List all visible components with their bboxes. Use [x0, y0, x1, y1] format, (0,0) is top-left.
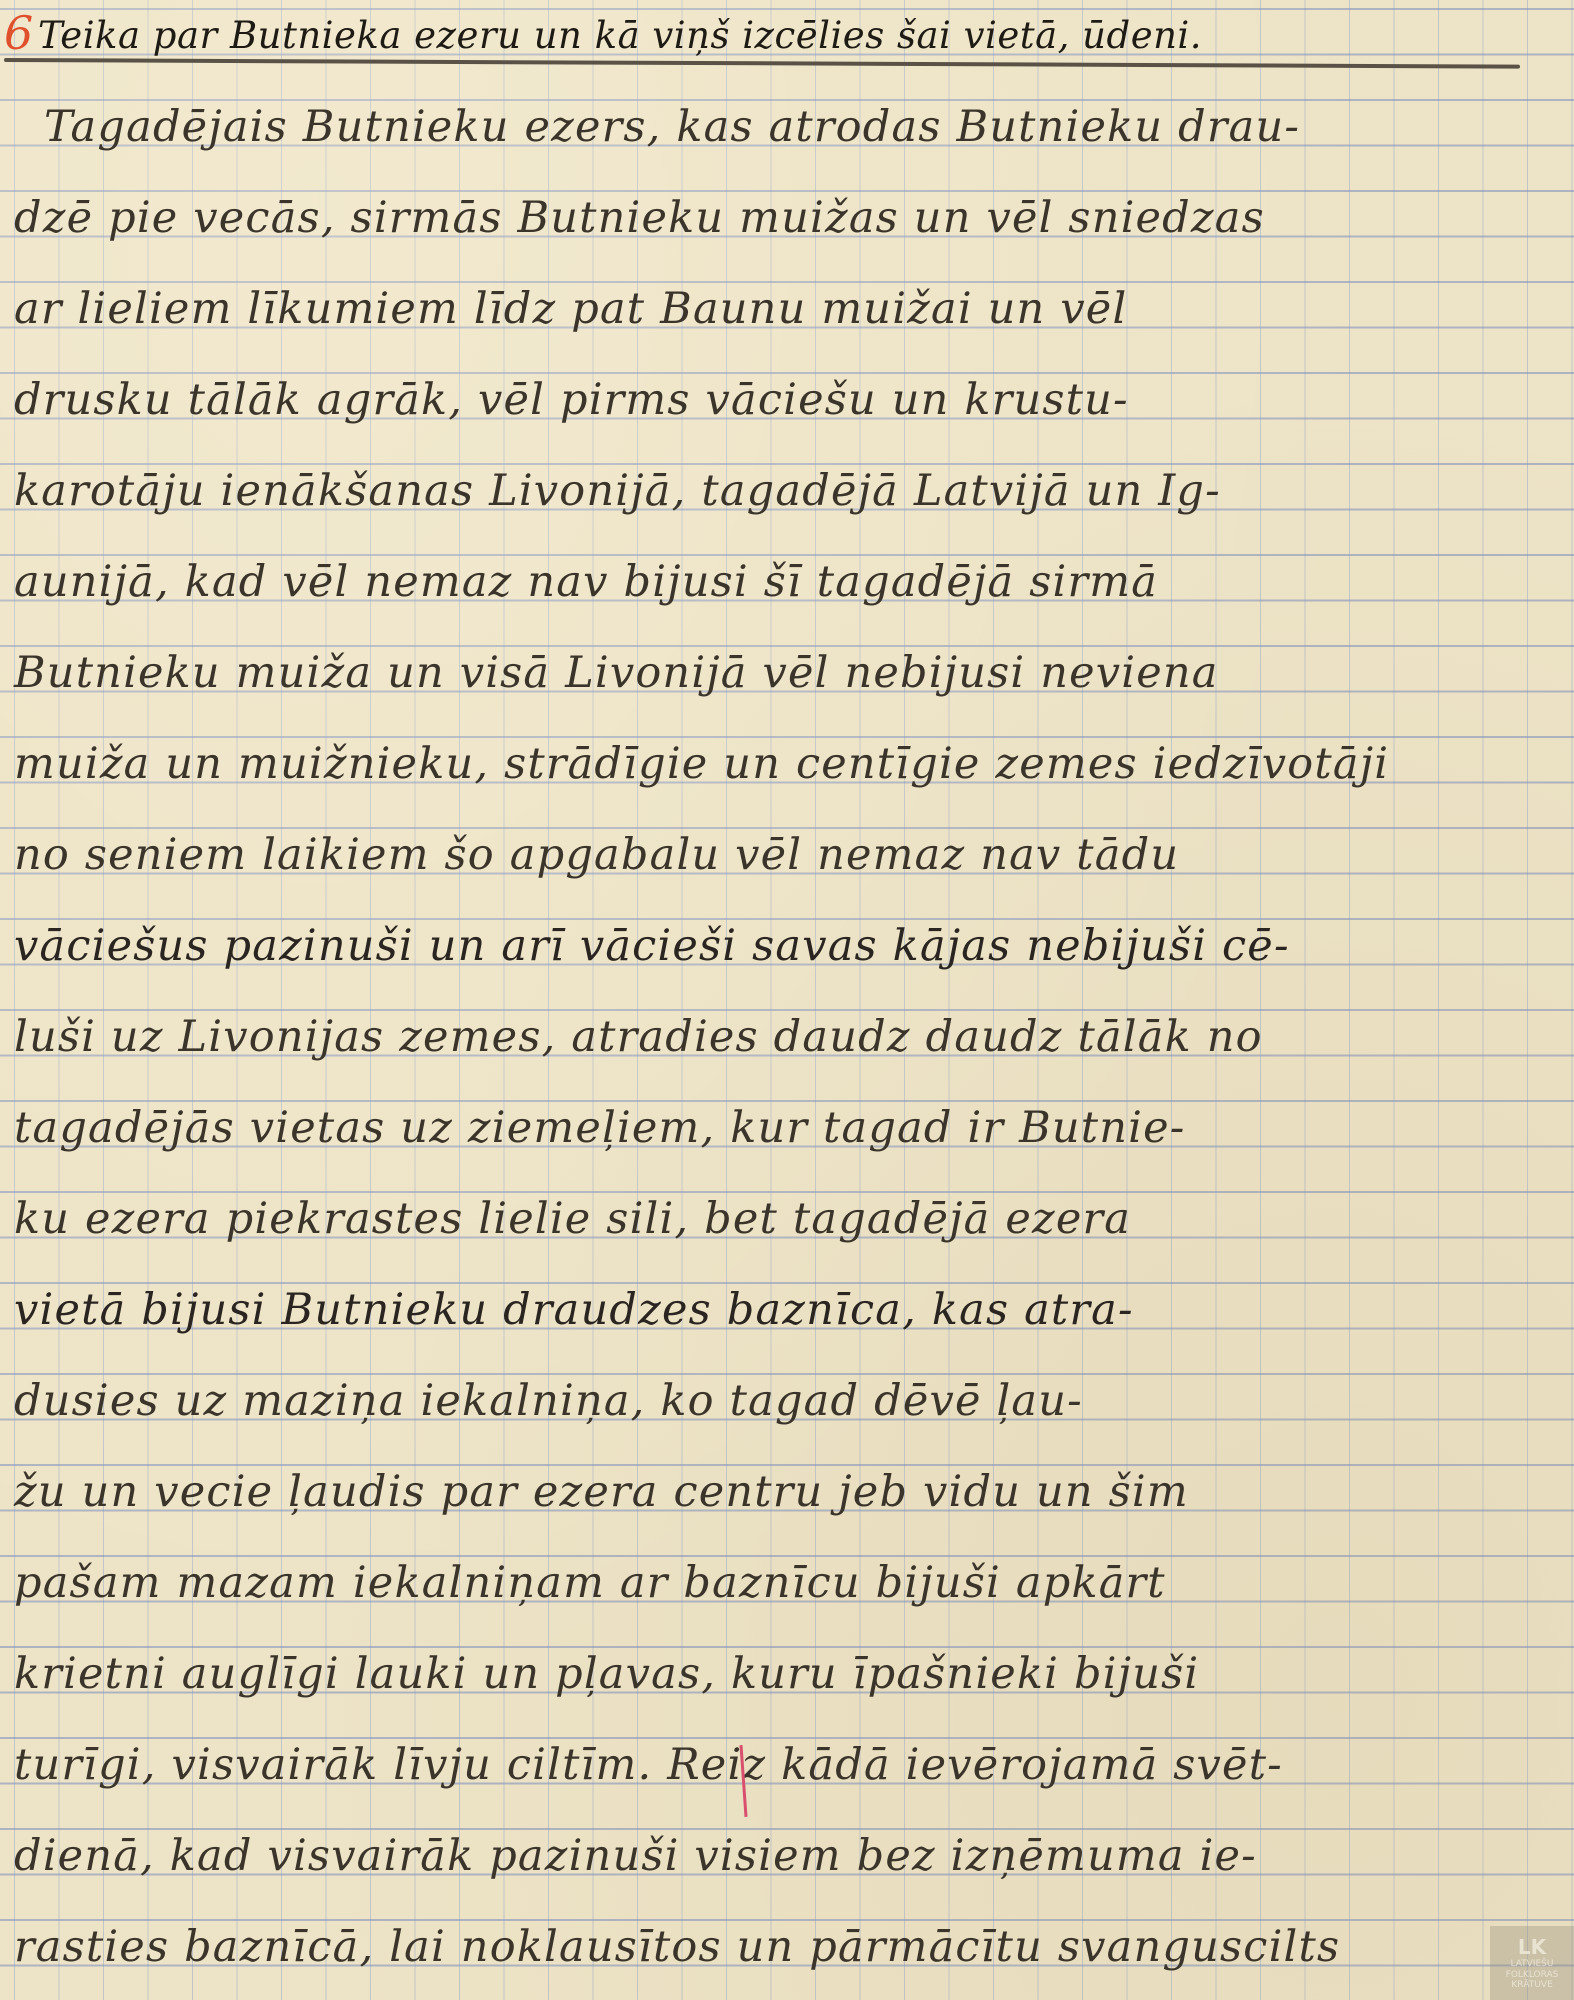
title-row: 6 Teika par Butnieka ezeru un kā viņš iz… — [0, 8, 1574, 68]
watermark-line: FOLKLORAS — [1490, 1970, 1574, 1981]
text-line: dienā, kad visvairāk pazinuši visiem bez… — [14, 1811, 1566, 1902]
page-number: 6 — [4, 10, 33, 56]
text-line: krietni auglīgi lauki un pļavas, kuru īp… — [14, 1629, 1566, 1720]
text-line: pašam mazam iekalniņam ar baznīcu bijuši… — [14, 1538, 1566, 1629]
text-line: karotāju ienākšanas Livonijā, tagadējā L… — [14, 446, 1566, 537]
text-line: turīgi, visvairāk līvju ciltīm. Reiz kād… — [14, 1720, 1566, 1811]
text-line: Tagadējais Butnieku ezers, kas atrodas B… — [14, 82, 1566, 173]
watermark-line: KRĀTUVE — [1490, 1980, 1574, 1991]
manuscript-page: 6 Teika par Butnieka ezeru un kā viņš iz… — [0, 0, 1574, 2000]
text-line: vāciešus pazinuši un arī vācieši savas k… — [14, 901, 1566, 992]
text-line: tagadējās vietas uz ziemeļiem, kur tagad… — [14, 1083, 1566, 1174]
archive-logo-icon: LK — [1490, 1935, 1574, 1959]
handwritten-body: Tagadējais Butnieku ezers, kas atrodas B… — [14, 82, 1566, 1993]
text-line: Butnieku muiža un visā Livonijā vēl nebi… — [14, 628, 1566, 719]
document-title: Teika par Butnieka ezeru un kā viņš izcē… — [38, 14, 1202, 57]
text-line: ar lieliem līkumiem līdz pat Baunu muiža… — [14, 264, 1566, 355]
text-line: rasties baznīcā, lai noklausītos un pārm… — [14, 1902, 1566, 1993]
text-line: muiža un muižnieku, strādīgie un centīgi… — [14, 719, 1566, 810]
text-line: dusies uz maziņa iekalniņa, ko tagad dēv… — [14, 1356, 1566, 1447]
title-underline — [4, 58, 1520, 69]
text-line: žu un vecie ļaudis par ezera centru jeb … — [14, 1447, 1566, 1538]
text-line: drusku tālāk agrāk, vēl pirms vāciešu un… — [14, 355, 1566, 446]
text-line: luši uz Livonijas zemes, atradies daudz … — [14, 992, 1566, 1083]
watermark-line: LATVIEŠU — [1490, 1959, 1574, 1970]
text-line: dzē pie vecās, sirmās Butnieku muižas un… — [14, 173, 1566, 264]
archive-watermark: LK LATVIEŠU FOLKLORAS KRĀTUVE — [1490, 1926, 1574, 2000]
text-line: vietā bijusi Butnieku draudzes baznīca, … — [14, 1265, 1566, 1356]
text-line: aunijā, kad vēl nemaz nav bijusi šī taga… — [14, 537, 1566, 628]
text-line: no seniem laikiem šo apgabalu vēl nemaz … — [14, 810, 1566, 901]
text-line: ku ezera piekrastes lielie sili, bet tag… — [14, 1174, 1566, 1265]
